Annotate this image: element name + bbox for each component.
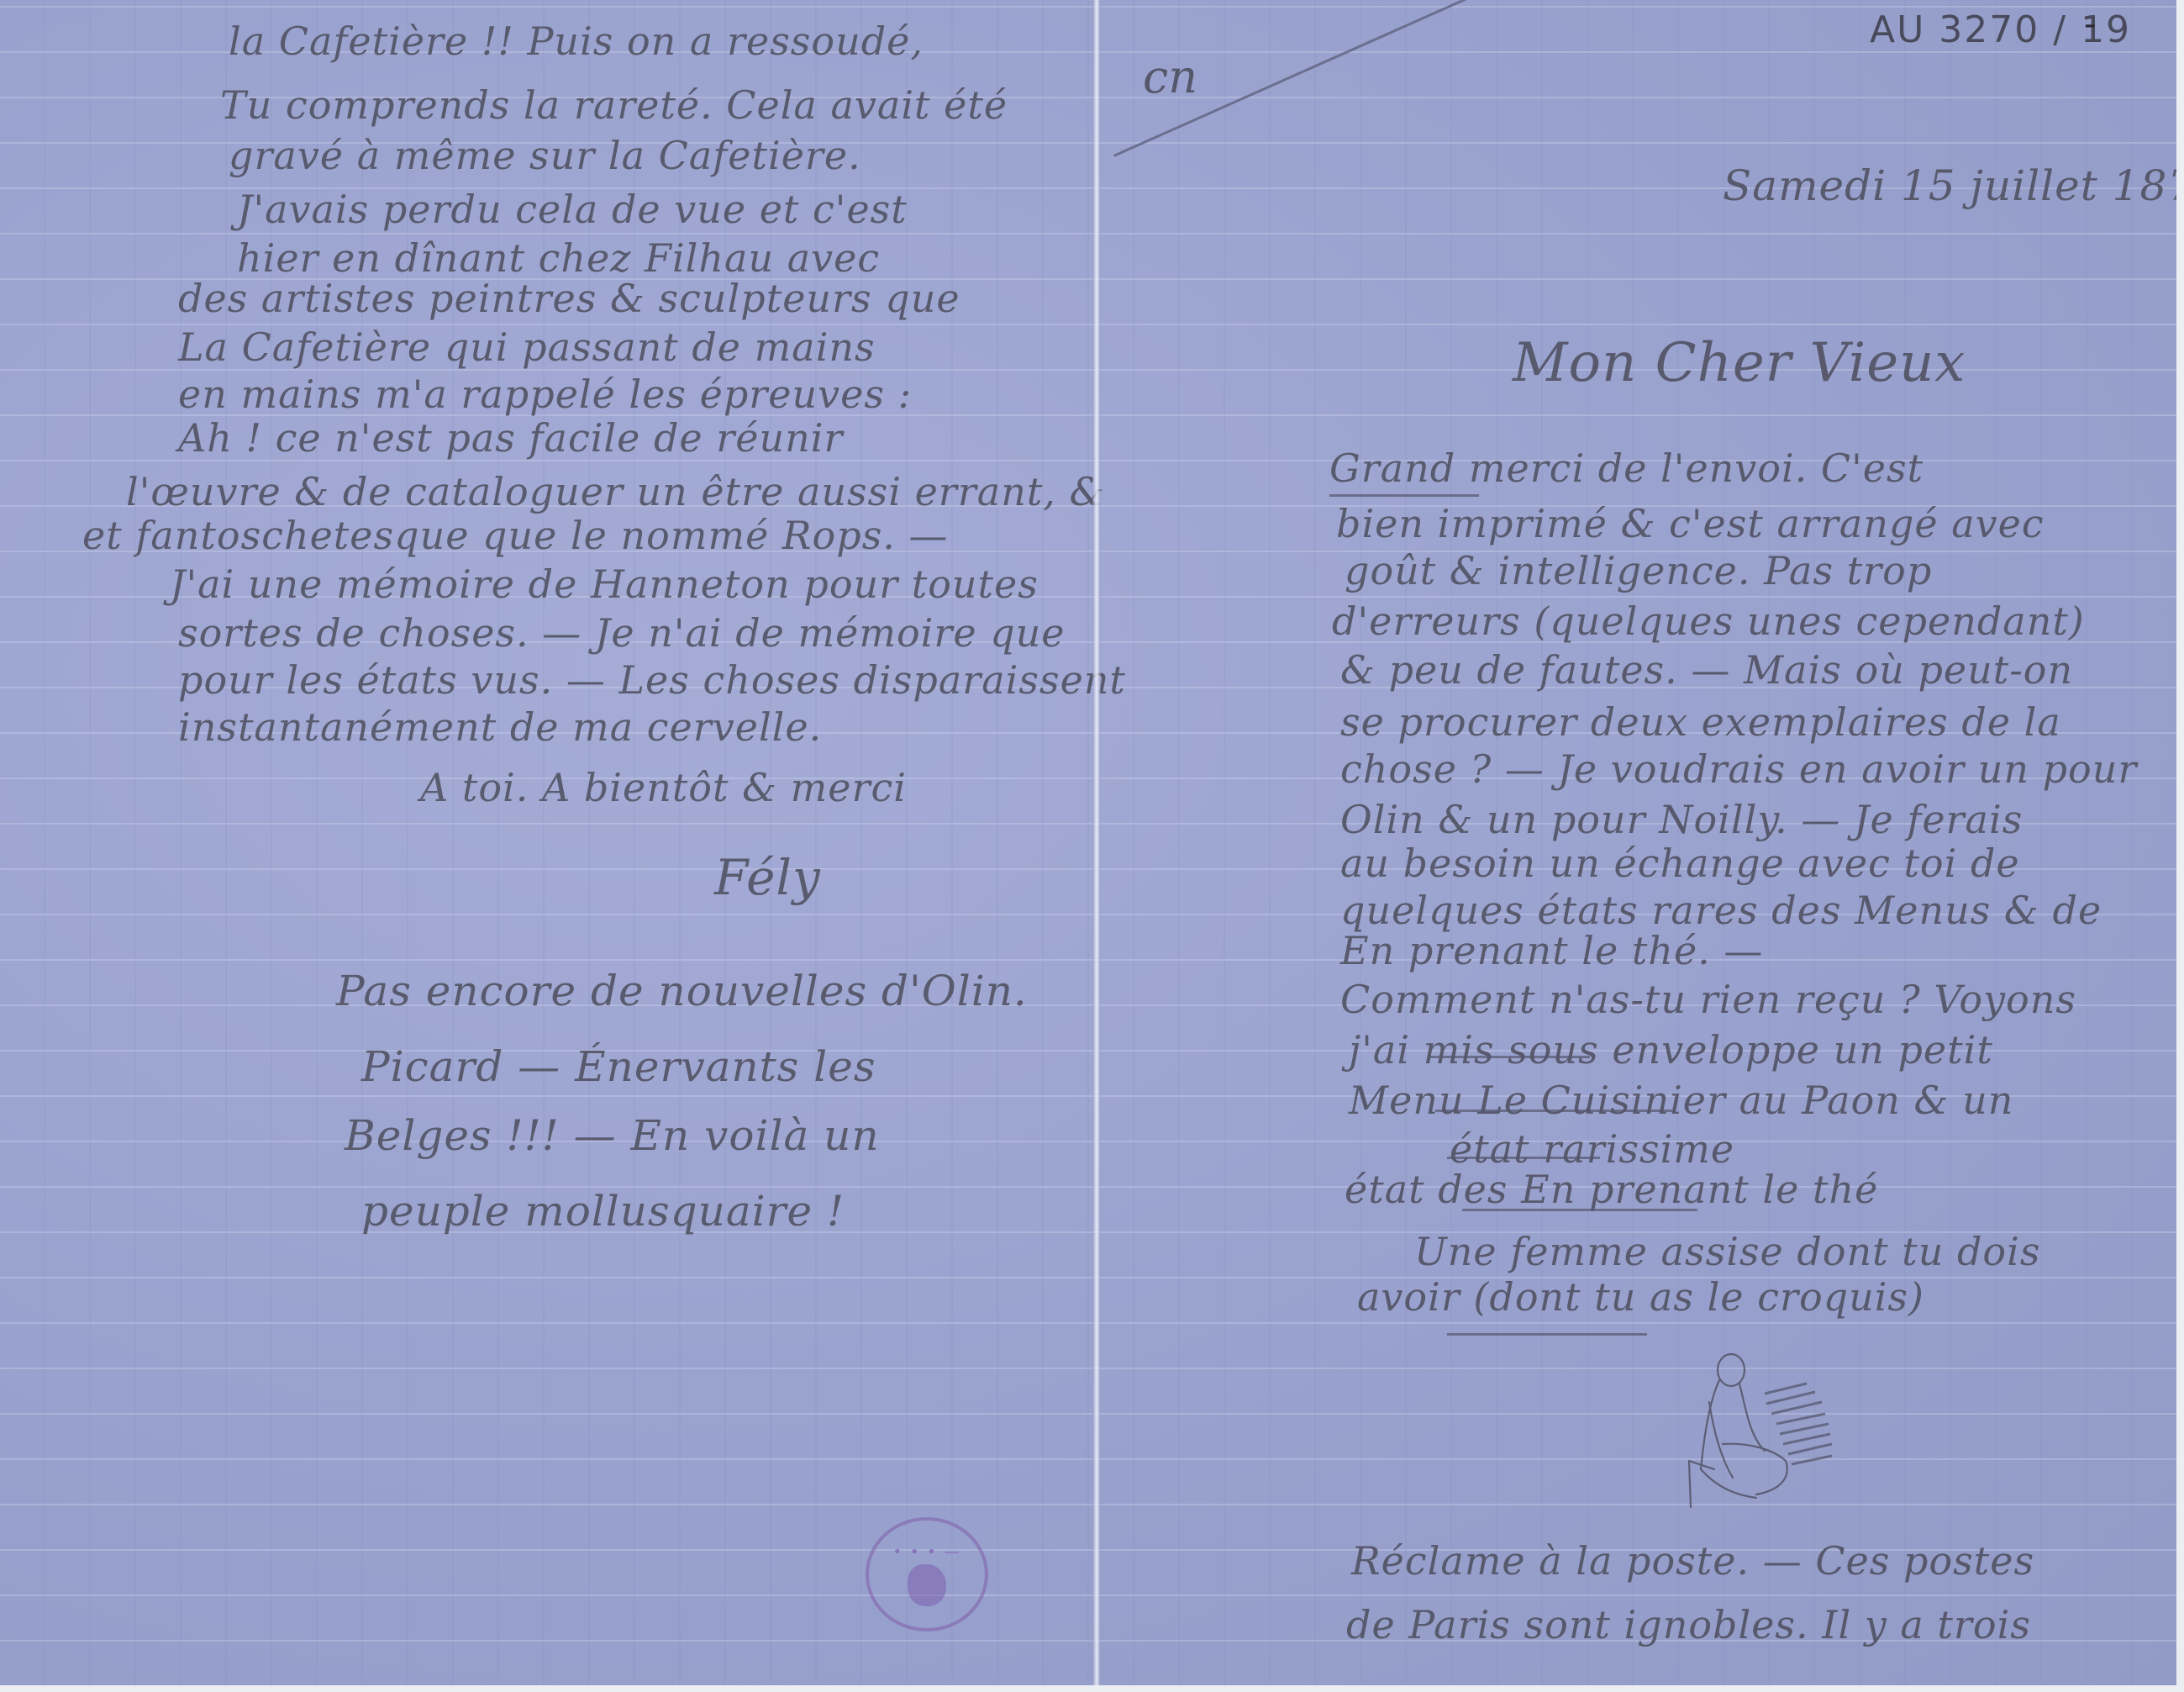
left-line-5: hier en dînant chez Filhau avec	[237, 235, 880, 281]
catalog-mark: cn	[1143, 50, 1197, 103]
right-line-18: avoir (dont tu as le croquis)	[1357, 1274, 1924, 1320]
right-line-13: j'ai mis sous enveloppe un petit	[1349, 1027, 1993, 1073]
underline-etat-rarissime	[1447, 1157, 1600, 1159]
salutation: Mon Cher Vieux	[1513, 332, 1966, 394]
underline-en-prenant-le-the	[1462, 1209, 1697, 1211]
left-line-6: des artistes peintres & sculpteurs que	[178, 276, 960, 321]
postscript-line-2: Picard — Énervants les	[361, 1042, 876, 1091]
footer-line-2: de Paris sont ignobles. Il y a trois	[1346, 1602, 2031, 1647]
right-line-8: Olin & un pour Noilly. — Je ferais	[1340, 797, 2023, 842]
left-line-1: la Cafetière !! Puis on a ressoudé,	[229, 18, 924, 64]
left-line-12: J'ai une mémoire de Hanneton pour toutes	[170, 561, 1039, 607]
right-line-3: goût & intelligence. Pas trop	[1345, 548, 1932, 593]
postscript-line-4: peuple mollusquaire !	[361, 1187, 845, 1236]
right-line-9: au besoin un échange avec toi de	[1340, 841, 2020, 886]
underline-sous-enveloppe	[1429, 1056, 1590, 1058]
library-stamp: • • • —	[866, 1517, 988, 1631]
closing-line: A toi. A bientôt & merci	[420, 765, 907, 810]
right-line-15: état rarissime	[1450, 1126, 1734, 1172]
right-line-4: d'erreurs (quelques unes cependant)	[1332, 598, 2085, 644]
left-line-15: instantanément de ma cervelle.	[178, 704, 822, 750]
right-line-12: Comment n'as-tu rien reçu ? Voyons	[1340, 977, 2076, 1022]
left-line-13: sortes de choses. — Je n'ai de mémoire q…	[178, 610, 1066, 656]
letter-date: Samedi 15 juillet 1879	[1723, 161, 2176, 210]
underline-menu-title	[1435, 1110, 1672, 1112]
underline-grand	[1329, 494, 1479, 497]
right-line-1: Grand merci de l'envoi. C'est	[1329, 445, 1923, 491]
left-line-2: Tu comprends la rareté. Cela avait été	[220, 82, 1008, 128]
right-line-2: bien imprimé & c'est arrangé avec	[1336, 501, 2045, 546]
right-line-16: état des En prenant le thé	[1345, 1167, 1878, 1212]
left-line-8: en mains m'a rappelé les épreuves :	[178, 372, 912, 417]
stamp-text: • • • —	[892, 1543, 960, 1561]
right-line-14: Menu Le Cuisinier au Paon & un	[1349, 1078, 2013, 1123]
archival-dash: -	[2084, 5, 2096, 44]
right-line-10: quelques états rares des Menus & de	[1340, 888, 2102, 933]
right-line-6: se procurer deux exemplaires de la	[1340, 699, 2061, 745]
left-line-9: Ah ! ce n'est pas facile de réunir	[178, 415, 843, 461]
left-line-11: et fantoschetesque que le nommé Rops. —	[82, 513, 949, 558]
postscript-line-1: Pas encore de nouvelles d'Olin.	[336, 967, 1028, 1015]
right-line-7: chose ? — Je voudrais en avoir un pour	[1340, 746, 2137, 792]
postscript-line-3: Belges !!! — En voilà un	[345, 1111, 880, 1160]
stamp-emblem-icon	[908, 1564, 946, 1606]
page-fold	[1092, 0, 1101, 1685]
letter-sheet: la Cafetière !! Puis on a ressoudé, Tu c…	[0, 0, 2176, 1685]
right-line-11: En prenant le thé. —	[1340, 928, 1763, 973]
signature: Fély	[714, 849, 821, 906]
left-line-10: l'œuvre & de cataloguer un être aussi er…	[126, 469, 1105, 514]
seated-woman-sketch	[1639, 1343, 1840, 1511]
footer-line-1: Réclame à la poste. — Ces postes	[1351, 1538, 2034, 1584]
right-line-17: Une femme assise dont tu dois	[1414, 1229, 2040, 1274]
left-line-14: pour les états vus. — Les choses dispara…	[178, 657, 1126, 703]
left-page: la Cafetière !! Puis on a ressoudé, Tu c…	[0, 0, 1099, 1685]
left-line-7: La Cafetière qui passant de mains	[178, 324, 876, 370]
left-line-3: gravé à même sur la Cafetière.	[229, 133, 861, 178]
right-line-5: & peu de fautes. — Mais où peut-on	[1340, 647, 2073, 693]
left-line-4: J'avais perdu cela de vue et c'est	[237, 187, 908, 232]
underline-croquis	[1447, 1333, 1647, 1336]
